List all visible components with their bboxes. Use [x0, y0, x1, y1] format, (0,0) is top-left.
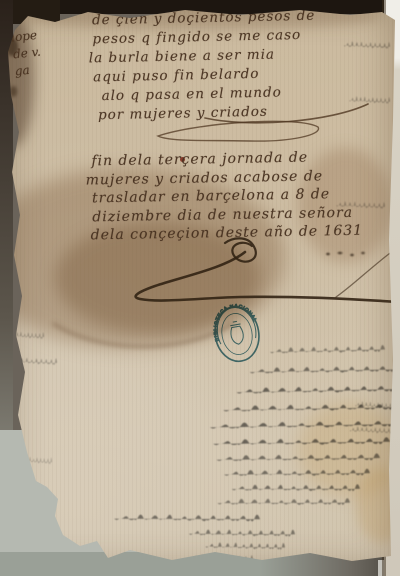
paper-vignette: [0, 0, 400, 576]
manuscript-page: lope de v. ga de çien y doçientos pesos …: [0, 0, 400, 576]
manuscript-photo: lope de v. ga de çien y doçientos pesos …: [0, 0, 400, 576]
